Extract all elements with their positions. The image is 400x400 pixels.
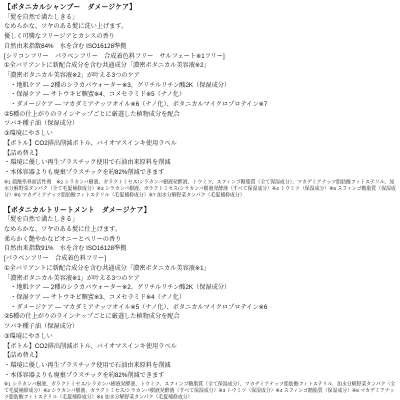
text-line-camellia-oil: ツバキ種子油（保湿成分）: [4, 322, 396, 332]
text-line-moisture-care: ・保湿ケア ― サトウキビ糖蜜※4、コメセラミド※5（ナノ化）: [4, 90, 396, 100]
text-line-refill-1: ・環境に優しい再生プラスチック使用で石油由来原料を削減: [4, 361, 396, 371]
text-line-three-cares: 「濃密ボタニカル美容液※2」が叶える3つのケア: [4, 71, 396, 81]
text-line-refill-header: 【詰め替え】: [4, 351, 396, 361]
text-line-feature-1: ①全バリアントに新配合成分を含む共通成分「濃密ボタニカル美容液※1」: [4, 264, 396, 274]
text-line-refill-2: ・本体容器よりも廃棄プラスチックを約82%削減できます: [4, 371, 396, 381]
text-line-feature-2: ②5種の仕上がりのラインナップごとに厳選した植物成分を配合: [4, 312, 396, 322]
section-shampoo-damage-care: 【ボタニカルシャンプー ダメージケア】 「髪を自然で満たしきる」 なめらかな、ツ…: [4, 3, 396, 199]
text-line-finish: なめらかな、ツヤのある髪に仕上げます。: [4, 225, 396, 235]
text-line-damage-care: ・ダメージケア ― マカダミアナッツオイル※6（ナノ化）、ボタニカルマイクロプロ…: [4, 100, 396, 110]
text-line-moisture-care: ・保湿ケア ― サトウキビ糖蜜※3、コメセラミド※4（ナノ化）: [4, 293, 396, 303]
text-line-damage-care: ・ダメージケア ― マカダミアナッツオイル※5（ナノ化）、ボタニカルマイクロプロ…: [4, 303, 396, 313]
text-line-camellia-oil: ツバキ種子油（保湿成分）: [4, 119, 396, 129]
text-line-catchcopy: 「髪を自然で満たしきる」: [4, 215, 396, 225]
text-line-bottle: 【ボトル】CO2排出削減ボトル、バイオマスインキ使用ラベル: [4, 342, 396, 352]
text-line-fragrance: 柔らかく艶やかなピオニーとベリーの香り: [4, 235, 396, 245]
section-title: 【ボタニカルシャンプー ダメージケア】: [4, 3, 396, 13]
text-line-scalp-care: ・地肌ケア ― 2種のシラカバウォーター※3、グリチルリチン酸2K（保湿成分）: [4, 81, 396, 91]
text-line-feature-3: ③環境にやさしい: [4, 129, 396, 139]
footnote-block: ※1 シラカンバ樹液、ガラクトミセス/シラカンバ樹液発酵液、トウミツ、スフィンゴ…: [4, 381, 396, 400]
text-line-fragrance: 優しく可憐なフリージアとカシスの香り: [4, 32, 396, 42]
footnote-text: ※1 シラカンバ樹液、ガラクトミセス/シラカンバ樹液発酵液、トウミツ、スフィンゴ…: [4, 381, 396, 400]
text-line-refill-1: ・環境に優しい再生プラスチック使用で石油由来原料を削減: [4, 158, 396, 168]
text-line-catchcopy: 「髪を自然で満たしきる」: [4, 13, 396, 23]
text-line-feature-1: ①全バリアントに新配合成分を含む共通成分「濃密ボタニカル美容液※2」: [4, 61, 396, 71]
text-line-three-cares: 「濃密ボタニカル美容液※1」が叶える3つのケア: [4, 274, 396, 284]
text-line-feature-3: ③環境にやさしい: [4, 332, 396, 342]
section-treatment-damage-care: 【ボタニカルトリートメント ダメージケア】 「髪を自然で満たしきる」 なめらかな…: [4, 206, 396, 400]
text-line-feature-2: ②5種の仕上がりのラインナップごとに厳選した植物成分を配合: [4, 110, 396, 120]
text-line-finish: なめらかな、ツヤのある髪に洗い上げます。: [4, 22, 396, 32]
text-line-free-claims: [シリコンフリー パラベンフリー 合成着色料フリー サルフェート※1フリー]: [4, 52, 396, 62]
product-description-page: 【ボタニカルシャンプー ダメージケア】 「髪を自然で満たしきる」 なめらかな、ツ…: [0, 0, 400, 400]
text-line-scalp-care: ・地肌ケア ― 2種のシラカバウォーター※2、グリチルリチン酸2K（保湿成分）: [4, 283, 396, 293]
text-line-refill-2: ・本体容器よりも廃棄プラスチックを約82%削減できます: [4, 168, 396, 178]
footnote-text: ※1 硫酸系界面活性剤 ※2 シラカンバ樹液、ガラクトミセス/シラカンバ樹液発酵…: [4, 179, 396, 199]
text-line-natural-index: 自然由来指数84% 水を含む ISO16128準拠: [4, 42, 396, 52]
text-line-bottle: 【ボトル】CO2排出削減ボトル、バイオマスインキ使用ラベル: [4, 139, 396, 149]
text-line-refill-header: 【詰め替え】: [4, 149, 396, 159]
text-line-free-claims: [パラベンフリー 合成着色料フリー]: [4, 254, 396, 264]
text-line-natural-index: 自然由来指数91% 水を含む ISO16128準拠: [4, 244, 396, 254]
footnote-block: ※1 硫酸系界面活性剤 ※2 シラカンバ樹液、ガラクトミセス/シラカンバ樹液発酵…: [4, 179, 396, 199]
section-title: 【ボタニカルトリートメント ダメージケア】: [4, 206, 396, 216]
